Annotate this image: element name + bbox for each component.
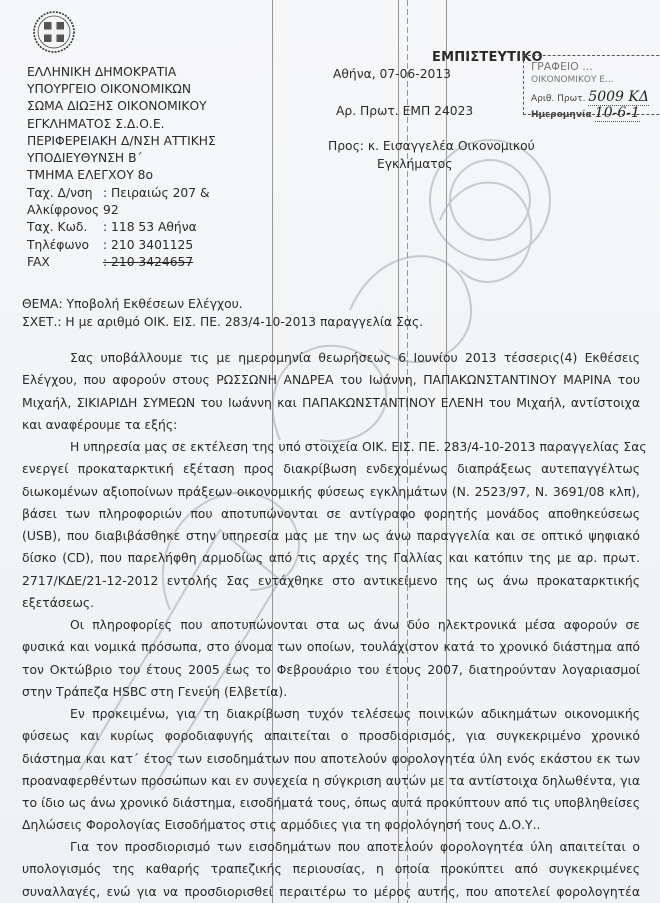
contact-value: : Πειραιώς 207 & (103, 186, 210, 200)
contact-label: FAX (27, 254, 103, 271)
greek-coat-of-arms-icon (32, 10, 76, 54)
paragraph-line: Οι πληροφορίες που αποτυπώνονται στα ως … (22, 614, 640, 636)
subject-line: ΘΕΜΑ: Υποβολή Εκθέσεων Ελέγχου. (22, 296, 243, 313)
contact-label: Αλκίφρονος 92 (27, 203, 119, 217)
stamp-protocol-value: 5009 ΚΔ (588, 89, 649, 106)
paragraph-line: διάστημα και κατ΄ έτος των εισοδημάτων π… (22, 748, 640, 770)
paragraph-line: φυσικά και νομικά πρόσωπα, στο όνομα των… (22, 636, 640, 658)
paragraph-line: Ελέγχου, που αφορούν στους ΡΩΣΣΩΝΗ ΑΝΔΡΕ… (22, 369, 640, 391)
paragraph-line: δίσκο (CD), που παρελήφθη αρμοδίως από τ… (22, 547, 640, 569)
sender-line: ΠΕΡΙΦΕΡΕΙΑΚΗ Δ/ΝΣΗ ΑΤΤΙΚΗΣ (27, 133, 216, 150)
contact-value: : 118 53 Αθήνα (103, 220, 197, 234)
stamp-date-value: 10-6-1 (595, 105, 640, 122)
paragraph-line: διωκομένων αξιοποίνων πράξεων οικονομική… (22, 481, 640, 503)
paragraph-line: προαναφερθέντων προσώπων και εν συνεχεία… (22, 770, 640, 792)
paragraph-line: Η υπηρεσία μας σε εκτέλεση της υπό στοιχ… (22, 436, 640, 458)
sender-block: ΕΛΛΗΝΙΚΗ ΔΗΜΟΚΡΑΤΙΑ ΥΠΟΥΡΓΕΙΟ ΟΙΚΟΝΟΜΙΚΩ… (27, 64, 216, 184)
paragraph-line: φύσεως και κυρίως φοροδιαφυγής απαιτείτα… (22, 725, 640, 747)
sender-line: ΣΩΜΑ ΔΙΩΞΗΣ ΟΙΚΟΝΟΜΙΚΟΥ (27, 98, 216, 115)
stamp-date-label: Ημερομηνία (531, 110, 592, 120)
paragraph-line: Μιχαήλ, ΣΙΚΙΑΡΙΔΗ ΣΥΜΕΩΝ του Ιωάννη και … (22, 392, 640, 414)
received-stamp: ΓΡΑΦΕΙΟ ... ΟΙΚΟΝΟΜΙΚΟΥ Ε... Αριθ. Πρωτ.… (523, 55, 660, 115)
sender-line: ΤΜΗΜΑ ΕΛΕΓΧΟΥ 8ο (27, 167, 216, 184)
date-line: Αθήνα, 07-06-2013 (333, 66, 451, 83)
paragraph-line: Εν προκειμένω, για τη διακρίβωση τυχόν τ… (22, 703, 640, 725)
contact-value: : 210 3424657 (103, 255, 193, 269)
body-paragraph: Εν προκειμένω, για τη διακρίβωση τυχόν τ… (22, 703, 640, 837)
contact-label: Ταχ. Κωδ. (27, 219, 103, 236)
sender-line: ΥΠΟΥΡΓΕΙΟ ΟΙΚΟΝΟΜΙΚΩΝ (27, 81, 216, 98)
sender-line: ΕΓΚΛΗΜΑΤΟΣ Σ.Δ.Ο.Ε. (27, 116, 216, 133)
body-paragraph: Οι πληροφορίες που αποτυπώνονται στα ως … (22, 614, 640, 703)
stamp-line: ΟΙΚΟΝΟΜΙΚΟΥ Ε... (531, 75, 614, 85)
paragraph-line: βάσει των πληροφοριών που αποτυπώνονται … (22, 503, 640, 525)
paragraph-line: 2717/ΚΔΕ/21-12-2012 εντολής Σας εντάχθηκ… (22, 570, 640, 592)
contact-label: Ταχ. Δ/νση (27, 185, 103, 202)
paragraph-line: Σας υποβάλλουμε τις με ημερομηνία θεωρήσ… (22, 347, 640, 369)
paragraph-line: Δηλώσεις Φορολογίας Εισοδήματος στις αρμ… (22, 814, 640, 836)
paragraph-line: (USB), που διαβιβάσθηκε στην υπηρεσία μα… (22, 525, 640, 547)
contact-label: Τηλέφωνο (27, 237, 103, 254)
paragraph-line: στην Τράπεζα HSBC στη Γενεύη (Ελβετία). (22, 681, 640, 703)
paragraph-line: εξετάσεως. (22, 592, 640, 614)
body-paragraph: Για τον προσδιορισμό των εισοδημάτων που… (22, 836, 640, 903)
contact-value: : 210 3401125 (103, 238, 193, 252)
stamp-protocol-label: Αριθ. Πρωτ. (531, 94, 585, 104)
sender-line: ΥΠΟΔΙΕΥΘΥΝΣΗ Β΄ (27, 150, 216, 167)
recipient-line-2: Εγκλήματος (377, 156, 452, 173)
paragraph-line: συναλλαγές, ενώ για να προσδιορισθεί περ… (22, 881, 640, 903)
body-paragraph: Σας υποβάλλουμε τις με ημερομηνία θεωρήσ… (22, 347, 640, 436)
paragraph-line: και αναφέρουμε τα εξής: (22, 414, 640, 436)
paragraph-line: το ίδιο ως άνω χρονικό διάστημα, εισοδήμ… (22, 792, 640, 814)
scanned-document-page: ΕΛΛΗΝΙΚΗ ΔΗΜΟΚΡΑΤΙΑ ΥΠΟΥΡΓΕΙΟ ΟΙΚΟΝΟΜΙΚΩ… (0, 0, 660, 903)
sender-line: ΕΛΛΗΝΙΚΗ ΔΗΜΟΚΡΑΤΙΑ (27, 64, 216, 81)
paragraph-line: Για τον προσδιορισμό των εισοδημάτων που… (22, 836, 640, 858)
paragraph-line: ενεργεί προκαταρκτική εξέταση προς διακρ… (22, 458, 640, 480)
recipient-line-1: Προς: κ. Εισαγγελέα Οικονομικού (328, 138, 535, 155)
paragraph-line: υπολογισμός της καθαρής τραπεζικής περιο… (22, 858, 640, 880)
protocol-line: Αρ. Πρωτ. ΕΜΠ 24023 (336, 103, 473, 120)
body-paragraph: Η υπηρεσία μας σε εκτέλεση της υπό στοιχ… (22, 436, 640, 614)
contact-block: Ταχ. Δ/νση: Πειραιώς 207 & Αλκίφρονος 92… (27, 185, 210, 271)
reference-line: ΣΧΕΤ.: Η με αριθμό ΟΙΚ. ΕΙΣ. ΠΕ. 283/4-1… (22, 314, 423, 331)
paragraph-line: τον Οκτώβριο του έτους 2005 έως το Φεβρο… (22, 659, 640, 681)
stamp-line: ΓΡΑΦΕΙΟ ... (531, 60, 593, 73)
